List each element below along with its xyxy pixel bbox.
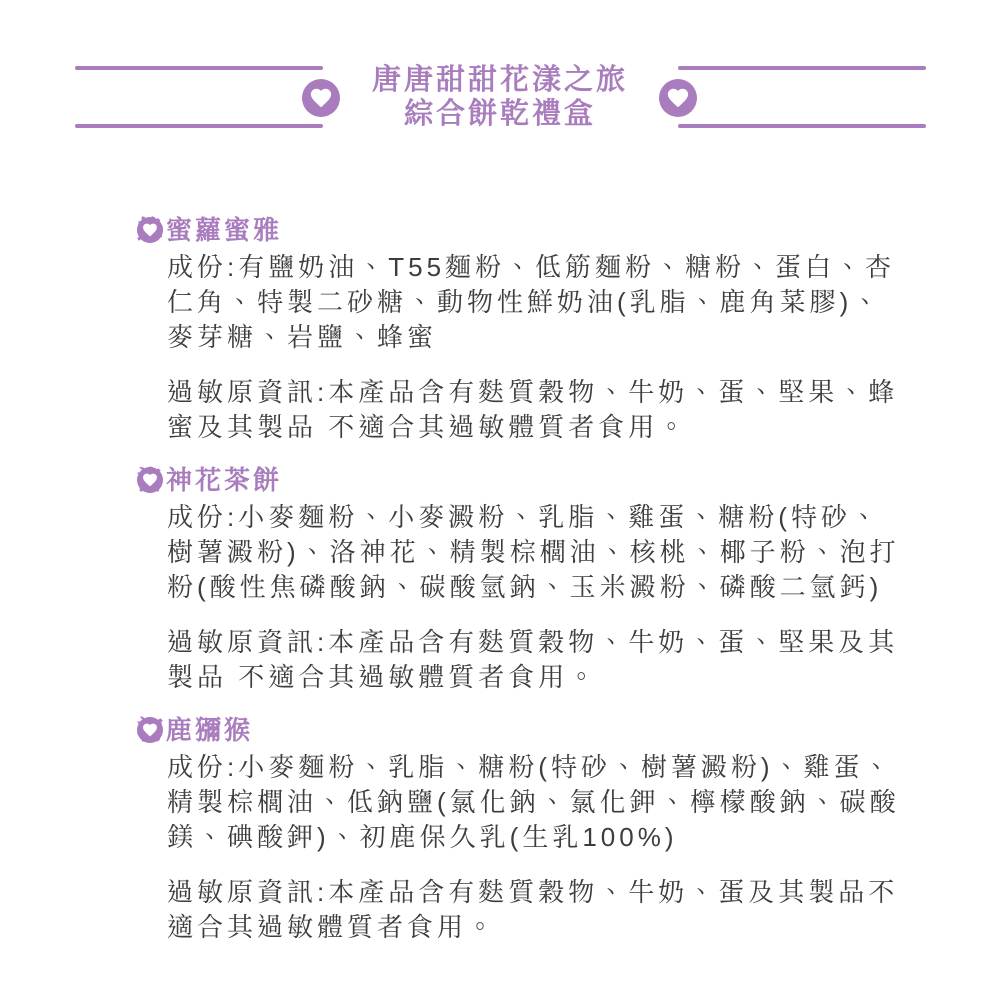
section-heading-row: 初鹿獼猴 (137, 714, 947, 746)
ingredients-text: 成份:小麥麵粉、乳脂、糖粉(特砂、樹薯澱粉)、雞蛋、 精製棕櫚油、低鈉鹽(氯化鈉… (167, 750, 947, 855)
section-heading-row: 洛神花茶餅 (137, 464, 947, 496)
section-heading-row: 蜂蜜蘿蜜雅 (137, 214, 947, 246)
page-title-line2: 綜合餅乾禮盒 (340, 97, 660, 131)
heart-icon (302, 79, 340, 117)
product-section-honey-romias: 蜂蜜蘿蜜雅 成份:有鹽奶油、T55麵粉、低筋麵粉、糖粉、蛋白、杏 仁角、特製二砂… (137, 214, 947, 445)
divider-line-left-bottom (75, 124, 323, 128)
page-title: 唐唐甜甜花漾之旅 綜合餅乾禮盒 (340, 63, 660, 131)
allergen-text: 過敏原資訊:本產品含有麩質穀物、牛奶、蛋、堅果、蜂 蜜及其製品 不適合其過敏體質… (167, 375, 947, 445)
heart-bullet-icon (137, 467, 163, 493)
page-title-line1: 唐唐甜甜花漾之旅 (340, 63, 660, 97)
allergen-text: 過敏原資訊:本產品含有麩質穀物、牛奶、蛋及其製品不 適合其過敏體質者食用。 (167, 875, 947, 945)
ingredients-text: 成份:小麥麵粉、小麥澱粉、乳脂、雞蛋、糖粉(特砂、 樹薯澱粉)、洛神花、精製棕櫚… (167, 500, 947, 605)
ingredients-text: 成份:有鹽奶油、T55麵粉、低筋麵粉、糖粉、蛋白、杏 仁角、特製二砂糖、動物性鮮… (167, 250, 947, 355)
allergen-text: 過敏原資訊:本產品含有麩質穀物、牛奶、蛋、堅果及其 製品 不適合其過敏體質者食用… (167, 625, 947, 695)
divider-line-right-top (678, 66, 926, 70)
divider-line-right-bottom (678, 124, 926, 128)
product-section-chulu-macaque: 初鹿獼猴 成份:小麥麵粉、乳脂、糖粉(特砂、樹薯澱粉)、雞蛋、 精製棕櫚油、低鈉… (137, 714, 947, 945)
divider-line-left-top (75, 66, 323, 70)
heart-bullet-icon (137, 717, 163, 743)
heart-icon (659, 79, 697, 117)
product-section-roselle-tea-cookie: 洛神花茶餅 成份:小麥麵粉、小麥澱粉、乳脂、雞蛋、糖粉(特砂、 樹薯澱粉)、洛神… (137, 464, 947, 695)
heart-bullet-icon (137, 217, 163, 243)
